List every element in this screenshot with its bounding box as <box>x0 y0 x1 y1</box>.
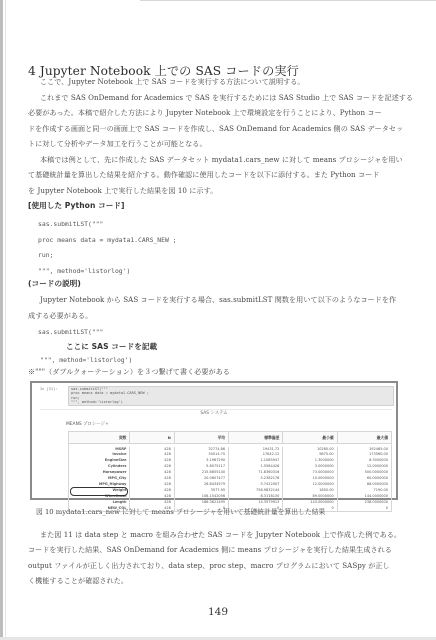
template-line: sas.submitLST(""" <box>38 328 103 336</box>
explain-line: Jupyter Notebook から SAS コードを実行する場合、sas.s… <box>40 292 396 308</box>
col-n: N <box>130 432 174 444</box>
cell-prompt: In [31]: <box>40 387 57 391</box>
col-variable: 変数 <box>69 432 130 444</box>
paragraph-line: を Jupyter Notebook 上で実行した結果を図 10 に示す。 <box>28 183 217 199</box>
page-left-edge-shadow <box>5 0 6 640</box>
col-std: 標準偏差 <box>229 432 283 444</box>
note: ※"""（ダブルクォーテーション）を３つ繋げて書く必要がある <box>28 364 230 380</box>
figure-caption: 図 10 mydata1.cars_new に対して means プロシージャを… <box>36 506 325 516</box>
paragraph-line: トに対して分析やデータ加工を行うことが可能となる。 <box>28 136 207 152</box>
page-left-edge <box>0 0 3 640</box>
code-line: sas.submitLST(""" <box>38 220 103 228</box>
col-min: 最小値 <box>283 432 337 444</box>
code-explain-label: (コードの説明) <box>28 276 81 292</box>
table-header-row: 変数 N 平均 標準偏差 最小値 最大値 <box>69 432 392 444</box>
code-line: proc means data = mydata1.CARS_NEW ; <box>38 236 177 244</box>
explain-line: 成する必要がある。 <box>28 308 92 324</box>
page-top-edge <box>140 0 436 1</box>
closing-line: コードを実行した結果、SAS OnDemand for Academics 側に… <box>28 542 392 558</box>
closing-line: く機能することが確認された。 <box>28 573 128 589</box>
highlight-box-new-col <box>70 487 128 496</box>
cell-code-line: """, method='listorlog') <box>69 400 393 404</box>
code-line: """, method='listorlog') <box>38 267 130 275</box>
closing-line: また図 11 は data step と macro を組み合わせた SAS コ… <box>40 527 401 543</box>
template-placeholder: ここに SAS コードを記載 <box>66 339 157 355</box>
paragraph-line: ここで、Jupyter Notebook 上で SAS コードを実行する方法につ… <box>40 74 305 90</box>
code-line: run; <box>38 251 53 259</box>
template-line: """, method='listorlog') <box>40 356 132 364</box>
page-number: 149 <box>0 606 436 618</box>
means-table: 変数 N 平均 標準偏差 最小値 最大値 MSRP42832774.861943… <box>68 431 392 512</box>
paragraph-line: 本稿では例として、先に作成した SAS データセット mydata1.cars_… <box>40 152 403 168</box>
paragraph-line: ドを作成する画面と同一の画面上で SAS コードを作成し、SAS OnDeman… <box>28 121 403 137</box>
sas-system-title: SAS システム <box>32 410 396 416</box>
col-max: 最大値 <box>337 432 391 444</box>
paragraph-line: て基礎統計量を算出した結果を紹介する。動作確認に使用したコードを以下に添付する。… <box>28 167 379 183</box>
paragraph-line: これまで SAS OnDemand for Academics で SAS を実… <box>40 90 413 106</box>
paragraph-line: 必要があった。本稿で紹介した方法により Jupyter Notebook 上で環… <box>28 105 382 121</box>
col-mean: 平均 <box>174 432 228 444</box>
code-cell[interactable]: sas.submitLST(""" proc means data = myda… <box>68 386 394 406</box>
proc-title: MEANS プロシージャ <box>66 421 109 427</box>
closing-line: output ファイルが正しく出力されており、data step、proc st… <box>28 558 390 574</box>
used-code-label: [使用した Python コード] <box>28 198 125 214</box>
figure-jupyter-output: In [31]: sas.submitLST(""" proc means da… <box>30 381 398 500</box>
